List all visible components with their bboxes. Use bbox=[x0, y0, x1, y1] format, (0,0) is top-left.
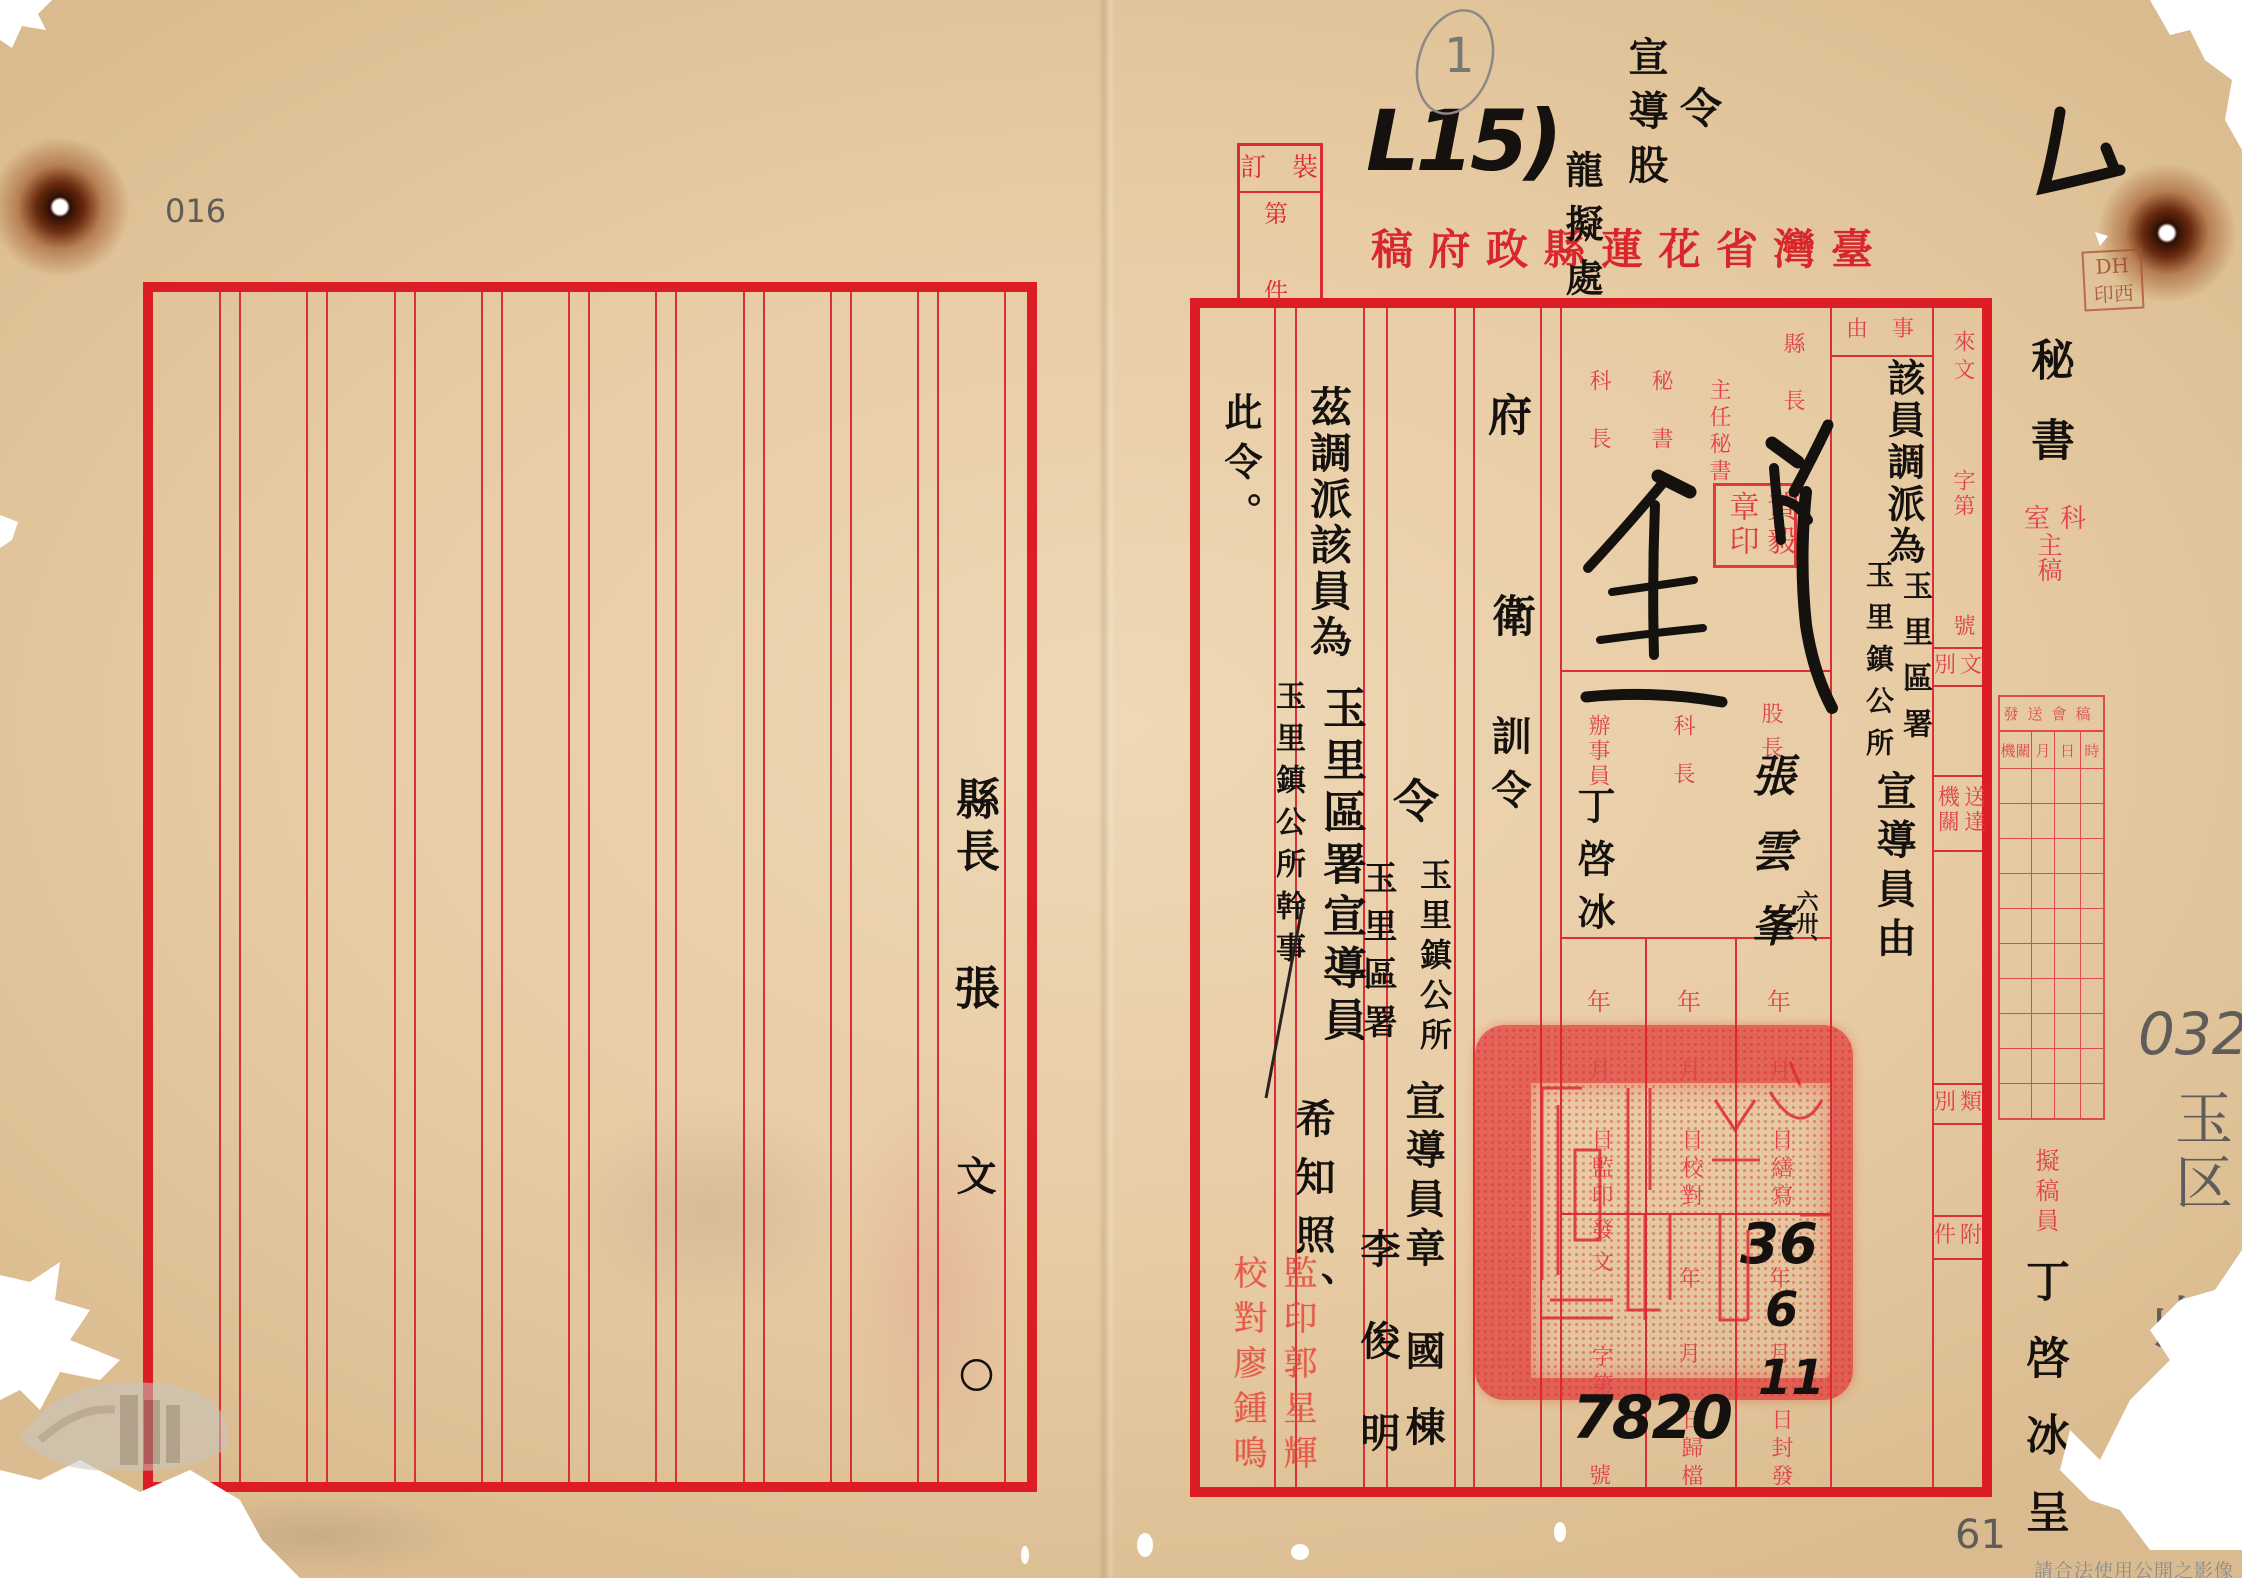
body-directive: 訓令 bbox=[1488, 715, 1528, 823]
ruled-line bbox=[1454, 308, 1456, 1487]
item-prefix: 第 bbox=[1264, 194, 1288, 229]
send-table: 稿會送發 時 日 月 機關 bbox=[1998, 695, 2105, 1120]
send-table-row bbox=[2000, 1049, 2103, 1084]
filled-doc-number: 7820 bbox=[1572, 1383, 1731, 1453]
ruled-line bbox=[1560, 670, 1830, 672]
send-table-row bbox=[2000, 979, 2103, 1014]
send-table-cell bbox=[2054, 979, 2080, 1013]
send-table-row bbox=[2000, 944, 2103, 979]
label-doc-type: 文別 bbox=[1934, 655, 1986, 677]
left-name-3: 〇 bbox=[956, 1358, 990, 1392]
label-section-chief-lower: 科長 bbox=[1671, 714, 1693, 810]
ruled-line bbox=[917, 292, 919, 1482]
ruled-line bbox=[568, 292, 570, 1482]
send-table-cell bbox=[2080, 1084, 2103, 1119]
left-page-frame bbox=[143, 282, 1037, 1492]
clerk-signature: 丁啓冰 bbox=[1574, 786, 1612, 945]
send-table-title: 稿會送發 bbox=[2000, 697, 2103, 732]
send-table-cell bbox=[2031, 1049, 2054, 1083]
send-table-cell bbox=[2000, 839, 2031, 873]
label-number: 號 bbox=[1951, 614, 1973, 636]
ruled-line bbox=[830, 292, 832, 1482]
filing-month-label: 月 bbox=[1679, 1337, 1701, 1368]
send-table-cell bbox=[2031, 1014, 2054, 1048]
send-table-cell bbox=[2000, 909, 2031, 943]
send-table-cell bbox=[2054, 839, 2080, 873]
recipient-1-name: 國棟 bbox=[1402, 1330, 1442, 1482]
subject-label: 事由 bbox=[1846, 319, 1938, 341]
sealing-month-label: 月 bbox=[1589, 1054, 1611, 1085]
send-table-cell bbox=[2000, 1049, 2031, 1083]
ruled-line bbox=[1932, 1123, 1982, 1125]
send-table-cell bbox=[2031, 979, 2054, 1013]
body-order: 令 bbox=[1390, 777, 1436, 823]
drafter-name: 丁啓冰呈 bbox=[2021, 1258, 2065, 1566]
ruled-line bbox=[239, 292, 241, 1482]
send-table-cell bbox=[2054, 769, 2080, 803]
send-table-cell bbox=[2000, 1084, 2031, 1119]
label-recipient: 送達機關 bbox=[1933, 785, 1986, 837]
center-fold-crease bbox=[1098, 0, 1116, 1578]
send-table-cell bbox=[2080, 804, 2103, 838]
send-table-cell bbox=[2080, 769, 2103, 803]
body-closing: 此令。 bbox=[1221, 392, 1259, 542]
usage-watermark: 請合法使用公開之影像 bbox=[2034, 1556, 2234, 1578]
send-table-cell bbox=[2000, 769, 2031, 803]
filled-month: 6 bbox=[1765, 1282, 1798, 1338]
send-table-cell bbox=[2054, 804, 2080, 838]
outgoing-number-label: 號 bbox=[1589, 1459, 1611, 1490]
binding-box-divider bbox=[1237, 191, 1323, 193]
ruled-line bbox=[501, 292, 503, 1482]
label-secretary: 秘書 bbox=[1649, 369, 1671, 485]
unit-chief-date: 六卅、 bbox=[1794, 890, 1816, 956]
proofreader-stamp-label: 校對 bbox=[1230, 1255, 1264, 1345]
label-magistrate: 縣長 bbox=[1781, 332, 1803, 446]
send-table-cell bbox=[2031, 944, 2054, 978]
ruled-line bbox=[1932, 1215, 1982, 1217]
ruled-line bbox=[1932, 1083, 1982, 1085]
typing-month-label: 月 bbox=[1769, 1054, 1791, 1085]
proofreading-label: 日校對 bbox=[1679, 1128, 1701, 1212]
outgoing-label: 發文 bbox=[1589, 1218, 1611, 1282]
label-clerk: 辦事員 bbox=[1586, 714, 1608, 789]
filing-year-label: 年 bbox=[1679, 1262, 1701, 1293]
ruled-line bbox=[1830, 355, 1932, 357]
send-table-row bbox=[2000, 769, 2103, 804]
document-title: 臺灣省花蓮縣政府稿 bbox=[1371, 229, 1889, 271]
proofreading-month-label: 月 bbox=[1679, 1054, 1701, 1085]
filled-year: 36 bbox=[1740, 1212, 1818, 1277]
corner-check-stroke-icon bbox=[2044, 112, 2120, 188]
send-table-cell bbox=[2080, 1049, 2103, 1083]
send-table-header: 月 bbox=[2031, 732, 2054, 768]
send-table-cell bbox=[2054, 909, 2080, 943]
ruled-line bbox=[1932, 775, 1982, 777]
send-table-cell bbox=[2031, 839, 2054, 873]
ruled-line bbox=[1932, 308, 1934, 1487]
label-category: 類別 bbox=[1934, 1092, 1986, 1114]
order-mark: 令 bbox=[1680, 76, 1722, 136]
pencil-code: 032 bbox=[2138, 1000, 2242, 1068]
ruled-line bbox=[763, 292, 765, 1482]
body-wei-char: 衛 bbox=[1487, 593, 1531, 637]
send-table-cell bbox=[2000, 944, 2031, 978]
send-table-cell bbox=[2000, 979, 2031, 1013]
side-draft-lead-label: 主稿 bbox=[2036, 532, 2061, 582]
ruled-line bbox=[394, 292, 396, 1482]
ruled-line bbox=[1932, 850, 1982, 852]
serial-mark: L15) bbox=[1366, 92, 1559, 190]
section-note: 宣導股 bbox=[1625, 36, 1665, 198]
ruled-line bbox=[588, 292, 590, 1482]
left-name-1: 張 bbox=[951, 964, 997, 1010]
pencil-region: 玉区 bbox=[2170, 1088, 2228, 1216]
side-handwritten-office: 秘書 bbox=[2026, 337, 2070, 497]
rust-stain-left bbox=[0, 137, 130, 277]
send-table-cell bbox=[2031, 909, 2054, 943]
subject-sub-right: 玉里區署 bbox=[1899, 570, 1929, 754]
archive-stamp-bottom: 印西 bbox=[2085, 279, 2142, 310]
unit-chief-signature: 張雲峯 bbox=[1746, 753, 1790, 978]
corner-number: 016 bbox=[165, 192, 226, 230]
send-table-cell bbox=[2054, 1084, 2080, 1119]
seal-supervisor-stamp-name: 郭星輝 bbox=[1280, 1345, 1314, 1480]
send-table-cell bbox=[2000, 1014, 2031, 1048]
ruled-line bbox=[1932, 647, 1982, 649]
pencil-mark: 山 bbox=[2150, 1275, 2212, 1364]
typing-label: 日繕寫 bbox=[1769, 1128, 1791, 1212]
subject-line-2: 宣導員由 bbox=[1873, 770, 1913, 966]
side-section-label: 科 bbox=[2060, 498, 2086, 535]
seal-supervisor-stamp-label: 監印 bbox=[1280, 1255, 1314, 1345]
body-text-1: 茲調派該員為 bbox=[1307, 385, 1349, 661]
send-table-cell bbox=[2054, 874, 2080, 908]
send-table-cell bbox=[2000, 874, 2031, 908]
page-number: 61 bbox=[1955, 1512, 2006, 1558]
subject-line-1: 該員調派為 bbox=[1884, 358, 1922, 568]
label-section-chief: 科長 bbox=[1587, 369, 1609, 485]
body-office-char: 府 bbox=[1483, 392, 1527, 436]
send-table-cell bbox=[2000, 804, 2031, 838]
send-table-header: 機關 bbox=[2000, 732, 2031, 768]
ruled-line bbox=[1004, 292, 1006, 1482]
send-table-header: 日 bbox=[2054, 732, 2080, 768]
send-table-cell bbox=[2080, 874, 2103, 908]
send-table-cell bbox=[2031, 769, 2054, 803]
subject-sub-left: 玉里鎮公所 bbox=[1864, 560, 1892, 770]
ruled-line bbox=[481, 292, 483, 1482]
send-table-row bbox=[2000, 1084, 2103, 1119]
send-table-cell bbox=[2031, 874, 2054, 908]
year-label-clerk: 年 bbox=[1587, 982, 1611, 1017]
filled-day: 11 bbox=[1758, 1350, 1825, 1406]
send-table-cell bbox=[2080, 839, 2103, 873]
left-title-label: 縣長 bbox=[951, 776, 995, 880]
ruled-line bbox=[655, 292, 657, 1482]
gray-smudge-bottom bbox=[170, 1495, 470, 1575]
ruled-line bbox=[326, 292, 328, 1482]
label-chief-secretary: 主任秘書 bbox=[1707, 378, 1729, 486]
binding-label: 裝訂 bbox=[1240, 155, 1344, 181]
send-table-cell bbox=[2031, 804, 2054, 838]
ruled-line bbox=[306, 292, 308, 1482]
send-table-cell bbox=[2080, 1014, 2103, 1048]
send-table-cell bbox=[2031, 1084, 2054, 1119]
label-attachment: 附件 bbox=[1934, 1225, 1986, 1247]
scanned-document-page: 016 縣長 張 文 〇 裝訂 第 件 臺灣省花蓮縣政府稿 1 L15) 令 宣… bbox=[0, 0, 2242, 1578]
chief-secretary-seal-text: 黃毅章印 bbox=[1722, 491, 1797, 559]
send-table-row bbox=[2000, 804, 2103, 839]
label-char-no: 字第 bbox=[1951, 469, 1973, 519]
send-table-cell bbox=[2054, 1049, 2080, 1083]
send-table-cell bbox=[2054, 944, 2080, 978]
left-name-2: 文 bbox=[953, 1155, 993, 1195]
year-label-section-chief: 年 bbox=[1677, 982, 1701, 1017]
send-table-header-row: 時 日 月 機關 bbox=[2000, 732, 2103, 769]
send-table-row bbox=[2000, 1014, 2103, 1049]
circled-number: 1 bbox=[1444, 28, 1475, 84]
ruled-line bbox=[937, 292, 939, 1482]
archive-stamp: DH 印西 bbox=[2081, 248, 2144, 311]
ruled-line bbox=[743, 292, 745, 1482]
recipient-1-title: 宣導員章 bbox=[1402, 1080, 1442, 1276]
label-incoming: 來文 bbox=[1951, 330, 1973, 386]
send-table-cell bbox=[2080, 909, 2103, 943]
dispatch-label: 日封發 bbox=[1769, 1408, 1791, 1492]
ruled-line bbox=[219, 292, 221, 1482]
ruled-line bbox=[414, 292, 416, 1482]
chief-secretary-seal: 黃毅章印 bbox=[1713, 483, 1797, 568]
ruled-line bbox=[1932, 1258, 1982, 1260]
send-table-row bbox=[2000, 839, 2103, 874]
recipient-2-name: 李俊明 bbox=[1357, 1228, 1397, 1504]
send-table-cell bbox=[2054, 1014, 2080, 1048]
send-table-header: 時 bbox=[2080, 732, 2103, 768]
side-office-label: 室 bbox=[2024, 498, 2050, 535]
body-text-2-note: 玉里鎮公所幹事 bbox=[1272, 680, 1302, 974]
proofreader-stamp-name: 廖鍾鳴 bbox=[1230, 1345, 1264, 1480]
ruled-line bbox=[1932, 685, 1982, 687]
send-table-cell bbox=[2080, 979, 2103, 1013]
send-table-row bbox=[2000, 874, 2103, 909]
send-table-row bbox=[2000, 909, 2103, 944]
ruled-line bbox=[675, 292, 677, 1482]
sealing-label: 日監印 bbox=[1589, 1128, 1611, 1212]
body-text-2: 玉里區署宣導員 bbox=[1318, 685, 1362, 1049]
ruled-line bbox=[850, 292, 852, 1482]
recipient-1-org: 玉里鎮公所 bbox=[1418, 858, 1450, 1058]
year-label-unit-chief: 年 bbox=[1767, 982, 1791, 1017]
send-table-cell bbox=[2080, 944, 2103, 978]
handler-note: 龍擬處 bbox=[1562, 150, 1600, 312]
drafter-label: 擬稿員 bbox=[2033, 1148, 2057, 1238]
archive-stamp-top: DH bbox=[2084, 251, 2141, 282]
